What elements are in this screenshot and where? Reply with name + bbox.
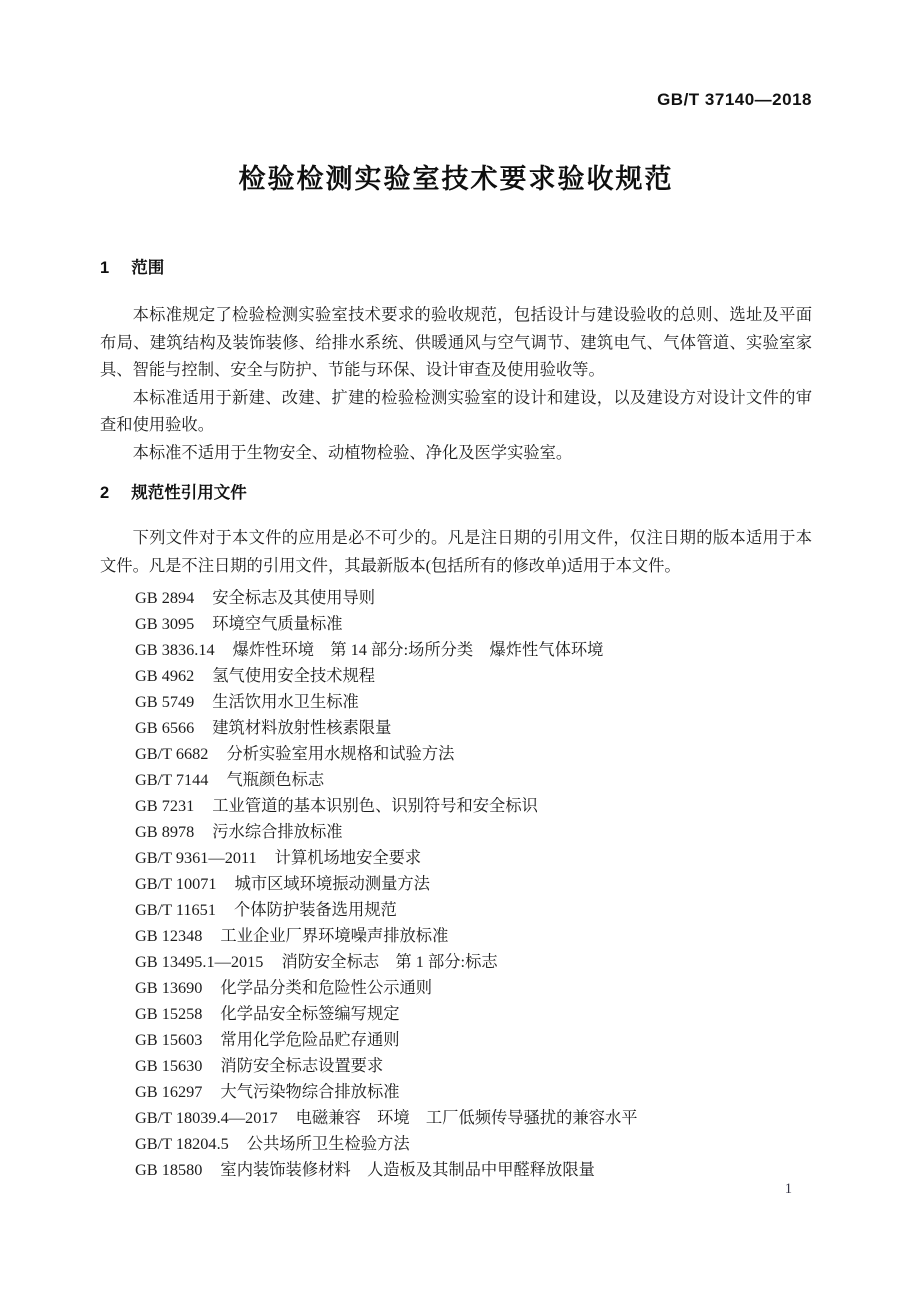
scope-paragraph-1: 本标准规定了检验检测实验室技术要求的验收规范，包括设计与建设验收的总则、选址及平…: [100, 301, 812, 384]
reference-code: GB/T 6682: [135, 741, 208, 767]
section-references-heading: 2规范性引用文件: [100, 482, 812, 504]
references-intro: 下列文件对于本文件的应用是必不可少的。凡是注日期的引用文件，仅注日期的版本适用于…: [100, 524, 812, 579]
reference-title: 公共场所卫生检验方法: [247, 1134, 410, 1153]
reference-code: GB 4962: [135, 663, 194, 689]
reference-item: GB 8978污水综合排放标准: [135, 819, 812, 845]
reference-title: 环境空气质量标准: [212, 614, 342, 633]
reference-code: GB 6566: [135, 715, 194, 741]
reference-title: 氢气使用安全技术规程: [212, 666, 375, 685]
reference-title: 生活饮用水卫生标准: [212, 692, 359, 711]
reference-code: GB 2894: [135, 585, 194, 611]
section-scope-title: 范围: [131, 259, 164, 277]
reference-title: 大气污染物综合排放标准: [220, 1082, 399, 1101]
section-references-number: 2: [100, 482, 109, 504]
reference-code: GB 5749: [135, 689, 194, 715]
reference-code: GB 12348: [135, 923, 202, 949]
reference-item: GB 3836.14爆炸性环境 第 14 部分:场所分类 爆炸性气体环境: [135, 637, 812, 663]
document-page: GB/T 37140—2018 检验检测实验室技术要求验收规范 1范围 本标准规…: [0, 0, 912, 1290]
reference-code: GB/T 9361—2011: [135, 845, 257, 871]
references-intro-wrap: 下列文件对于本文件的应用是必不可少的。凡是注日期的引用文件，仅注日期的版本适用于…: [100, 524, 812, 579]
reference-code: GB/T 10071: [135, 871, 217, 897]
reference-item: GB 3095环境空气质量标准: [135, 611, 812, 637]
reference-item: GB 15630消防安全标志设置要求: [135, 1053, 812, 1079]
page-number: 1: [785, 1181, 792, 1197]
reference-title: 计算机场地安全要求: [275, 848, 422, 867]
reference-item: GB 15603常用化学危险品贮存通则: [135, 1027, 812, 1053]
reference-code: GB 13495.1—2015: [135, 949, 263, 975]
reference-code: GB 3095: [135, 611, 194, 637]
section-scope-heading: 1范围: [100, 257, 812, 279]
reference-title: 城市区域环境振动测量方法: [235, 874, 430, 893]
reference-title: 安全标志及其使用导则: [212, 588, 375, 607]
reference-item: GB 2894安全标志及其使用导则: [135, 585, 812, 611]
reference-item: GB/T 11651个体防护装备选用规范: [135, 897, 812, 923]
reference-code: GB 7231: [135, 793, 194, 819]
reference-item: GB 15258化学品安全标签编写规定: [135, 1001, 812, 1027]
section-normative-references: 2规范性引用文件 下列文件对于本文件的应用是必不可少的。凡是注日期的引用文件，仅…: [100, 482, 812, 1183]
reference-title: 气瓶颜色标志: [226, 770, 324, 789]
reference-item: GB/T 18204.5公共场所卫生检验方法: [135, 1131, 812, 1157]
reference-title: 个体防护装备选用规范: [234, 900, 397, 919]
reference-item: GB 16297大气污染物综合排放标准: [135, 1079, 812, 1105]
reference-item: GB 13690化学品分类和危险性公示通则: [135, 975, 812, 1001]
reference-title: 爆炸性环境 第 14 部分:场所分类 爆炸性气体环境: [233, 640, 604, 659]
section-references-title: 规范性引用文件: [131, 484, 247, 502]
reference-title: 污水综合排放标准: [212, 822, 342, 841]
reference-code: GB/T 18204.5: [135, 1131, 229, 1157]
reference-item: GB 5749生活饮用水卫生标准: [135, 689, 812, 715]
reference-code: GB 15603: [135, 1027, 202, 1053]
reference-title: 建筑材料放射性核素限量: [212, 718, 391, 737]
reference-title: 工业企业厂界环境噪声排放标准: [220, 926, 448, 945]
reference-item: GB/T 7144气瓶颜色标志: [135, 767, 812, 793]
reference-item: GB 13495.1—2015消防安全标志 第 1 部分:标志: [135, 949, 812, 975]
reference-title: 化学品分类和危险性公示通则: [220, 978, 432, 997]
reference-title: 分析实验室用水规格和试验方法: [226, 744, 454, 763]
reference-list: GB 2894安全标志及其使用导则 GB 3095环境空气质量标准 GB 383…: [100, 585, 812, 1183]
reference-title: 消防安全标志设置要求: [220, 1056, 383, 1075]
section-scope-number: 1: [100, 257, 109, 279]
reference-title: 工业管道的基本识别色、识别符号和安全标识: [212, 796, 538, 815]
document-header: GB/T 37140—2018: [100, 0, 812, 110]
reference-item: GB/T 18039.4—2017电磁兼容 环境 工厂低频传导骚扰的兼容水平: [135, 1105, 812, 1131]
document-title: 检验检测实验室技术要求验收规范: [100, 162, 812, 197]
section-scope: 1范围 本标准规定了检验检测实验室技术要求的验收规范，包括设计与建设验收的总则、…: [100, 257, 812, 466]
reference-item: GB 12348工业企业厂界环境噪声排放标准: [135, 923, 812, 949]
reference-code: GB 16297: [135, 1079, 202, 1105]
reference-code: GB 18580: [135, 1157, 202, 1183]
reference-item: GB 7231工业管道的基本识别色、识别符号和安全标识: [135, 793, 812, 819]
reference-code: GB/T 11651: [135, 897, 216, 923]
reference-item: GB/T 6682分析实验室用水规格和试验方法: [135, 741, 812, 767]
reference-title: 电磁兼容 环境 工厂低频传导骚扰的兼容水平: [296, 1108, 638, 1127]
scope-paragraphs: 本标准规定了检验检测实验室技术要求的验收规范，包括设计与建设验收的总则、选址及平…: [100, 301, 812, 466]
reference-title: 消防安全标志 第 1 部分:标志: [281, 952, 497, 971]
reference-code: GB/T 18039.4—2017: [135, 1105, 278, 1131]
reference-item: GB 4962氢气使用安全技术规程: [135, 663, 812, 689]
reference-item: GB/T 9361—2011计算机场地安全要求: [135, 845, 812, 871]
standard-number: GB/T 37140—2018: [657, 90, 812, 109]
reference-title: 室内装饰装修材料 人造板及其制品中甲醛释放限量: [220, 1160, 594, 1179]
reference-title: 化学品安全标签编写规定: [220, 1004, 399, 1023]
reference-item: GB 18580室内装饰装修材料 人造板及其制品中甲醛释放限量: [135, 1157, 812, 1183]
reference-code: GB 3836.14: [135, 637, 215, 663]
page-footer: 1: [785, 1181, 792, 1198]
reference-title: 常用化学危险品贮存通则: [220, 1030, 399, 1049]
reference-item: GB/T 10071城市区域环境振动测量方法: [135, 871, 812, 897]
reference-code: GB 15258: [135, 1001, 202, 1027]
reference-code: GB/T 7144: [135, 767, 208, 793]
scope-paragraph-2: 本标准适用于新建、改建、扩建的检验检测实验室的设计和建设，以及建设方对设计文件的…: [100, 384, 812, 439]
scope-paragraph-3: 本标准不适用于生物安全、动植物检验、净化及医学实验室。: [100, 439, 812, 467]
reference-code: GB 8978: [135, 819, 194, 845]
reference-code: GB 13690: [135, 975, 202, 1001]
reference-item: GB 6566建筑材料放射性核素限量: [135, 715, 812, 741]
reference-code: GB 15630: [135, 1053, 202, 1079]
